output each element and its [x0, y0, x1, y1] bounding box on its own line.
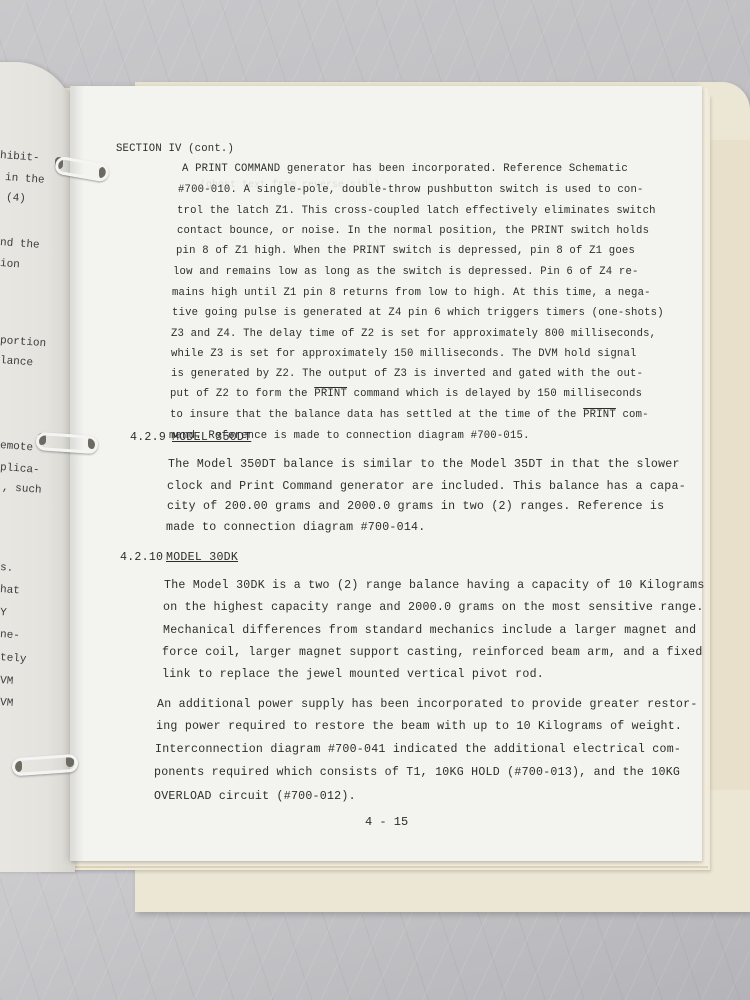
left-fragment: ne- [0, 629, 20, 642]
section-header: SECTION IV (cont.) [116, 143, 234, 155]
text-line: clock and Print Command generator are in… [167, 480, 686, 493]
left-fragment: tely [0, 652, 27, 666]
left-fragment: plica- [0, 462, 40, 477]
text-line: Interconnection diagram #700-041 indicat… [155, 743, 681, 756]
text-line: on the highest capacity range and 2000.0… [163, 601, 704, 614]
text-line: Mechanical differences from standard mec… [163, 624, 696, 637]
section-number-4-2-9: 4.2.9 [130, 431, 166, 444]
text-line: low and remains low as long as the switc… [173, 266, 639, 278]
left-fragment: , such [2, 482, 42, 497]
text-line: put of Z2 to form the PRINT command whic… [170, 388, 642, 400]
text-line: force coil, larger magnet support castin… [162, 646, 703, 659]
text-line: mains high until Z1 pin 8 returns from l… [172, 287, 651, 299]
left-fragment: VM [0, 675, 14, 688]
text-line: pin 8 of Z1 high. When the PRINT switch … [176, 245, 635, 257]
text-line: An additional power supply has been inco… [157, 698, 698, 711]
text-line: to insure that the balance data has sett… [170, 409, 649, 421]
text-line: Z3 and Z4. The delay time of Z2 is set f… [171, 328, 656, 340]
left-fragment: hibit- [0, 150, 40, 165]
section-number-4-2-10: 4.2.10 [120, 551, 163, 564]
text-line: link to replace the jewel mounted vertic… [162, 668, 544, 681]
section-title-model-350dt: MODEL 350DT [172, 431, 251, 444]
text-line: The Model 30DK is a two (2) range balanc… [164, 579, 705, 592]
text-line: #700-010. A single-pole, double-throw pu… [178, 184, 644, 196]
text-line: ponents required which consists of T1, 1… [154, 766, 680, 779]
left-fragment: lance [0, 355, 33, 369]
left-fragment: ion [0, 258, 20, 271]
text-line: ing power required to restore the beam w… [156, 720, 682, 733]
left-fragment: portion [0, 335, 47, 350]
page-number: 4 - 15 [365, 815, 408, 829]
text-line: A PRINT COMMAND generator has been incor… [182, 163, 628, 175]
left-fragment: in the [5, 172, 45, 187]
left-page: hibit- in the (4) nd the ion portion lan… [0, 62, 75, 872]
left-fragment: VM [0, 697, 14, 710]
text-line: trol the latch Z1. This cross-coupled la… [177, 205, 656, 217]
left-fragment: hat [0, 584, 20, 597]
text-line: tive going pulse is generated at Z4 pin … [172, 307, 664, 319]
page-gutter-shadow [70, 86, 84, 861]
text-line: OVERLOAD circuit (#700-012). [154, 790, 356, 803]
text-line: is generated by Z2. The output of Z3 is … [171, 368, 643, 380]
text-line: while Z3 is set for approximately 150 mi… [171, 348, 637, 360]
section-title-model-30dk: MODEL 30DK [166, 551, 238, 564]
text-line: city of 200.00 grams and 2000.0 grams in… [167, 500, 664, 513]
left-fragment: Y [0, 607, 7, 619]
left-fragment: emote [0, 440, 33, 454]
text-line: made to connection diagram #700-014. [166, 521, 425, 534]
text-line: contact bounce, or noise. In the normal … [177, 225, 649, 237]
left-fragment: (4) [6, 192, 27, 205]
text-line: The Model 350DT balance is similar to th… [168, 458, 680, 471]
left-fragment: s. [0, 562, 14, 575]
left-fragment: nd the [0, 237, 40, 252]
